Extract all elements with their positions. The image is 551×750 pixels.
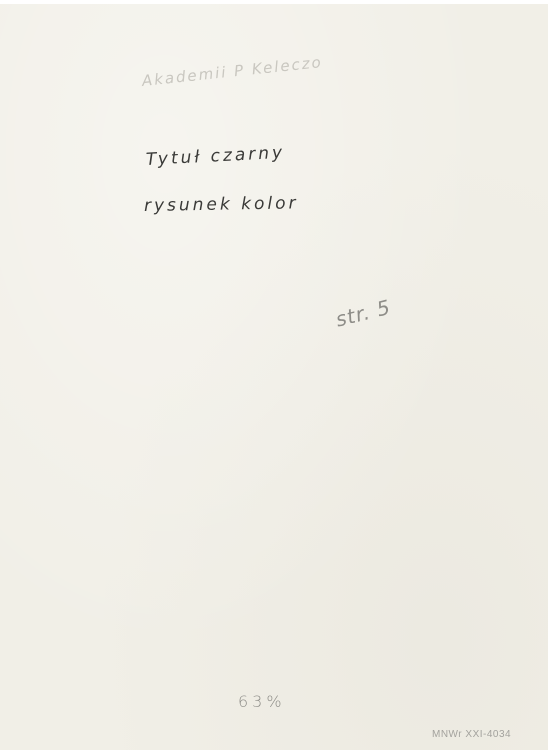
faint-pencil-note: Akademii P Keleczo [141, 53, 324, 90]
scanned-page: Akademii P Keleczo Tytuł czarny rysunek … [0, 0, 551, 750]
handwritten-title-note: Tytuł czarny [145, 143, 285, 170]
page-reference-note: str. 5 [333, 295, 393, 332]
paper-sheet: Akademii P Keleczo Tytuł czarny rysunek … [0, 4, 548, 750]
handwritten-drawing-note: rysunek kolor [144, 193, 299, 216]
scale-percent-note: 63% [238, 692, 286, 711]
inventory-number: MNWr XXI-4034 [432, 729, 511, 740]
